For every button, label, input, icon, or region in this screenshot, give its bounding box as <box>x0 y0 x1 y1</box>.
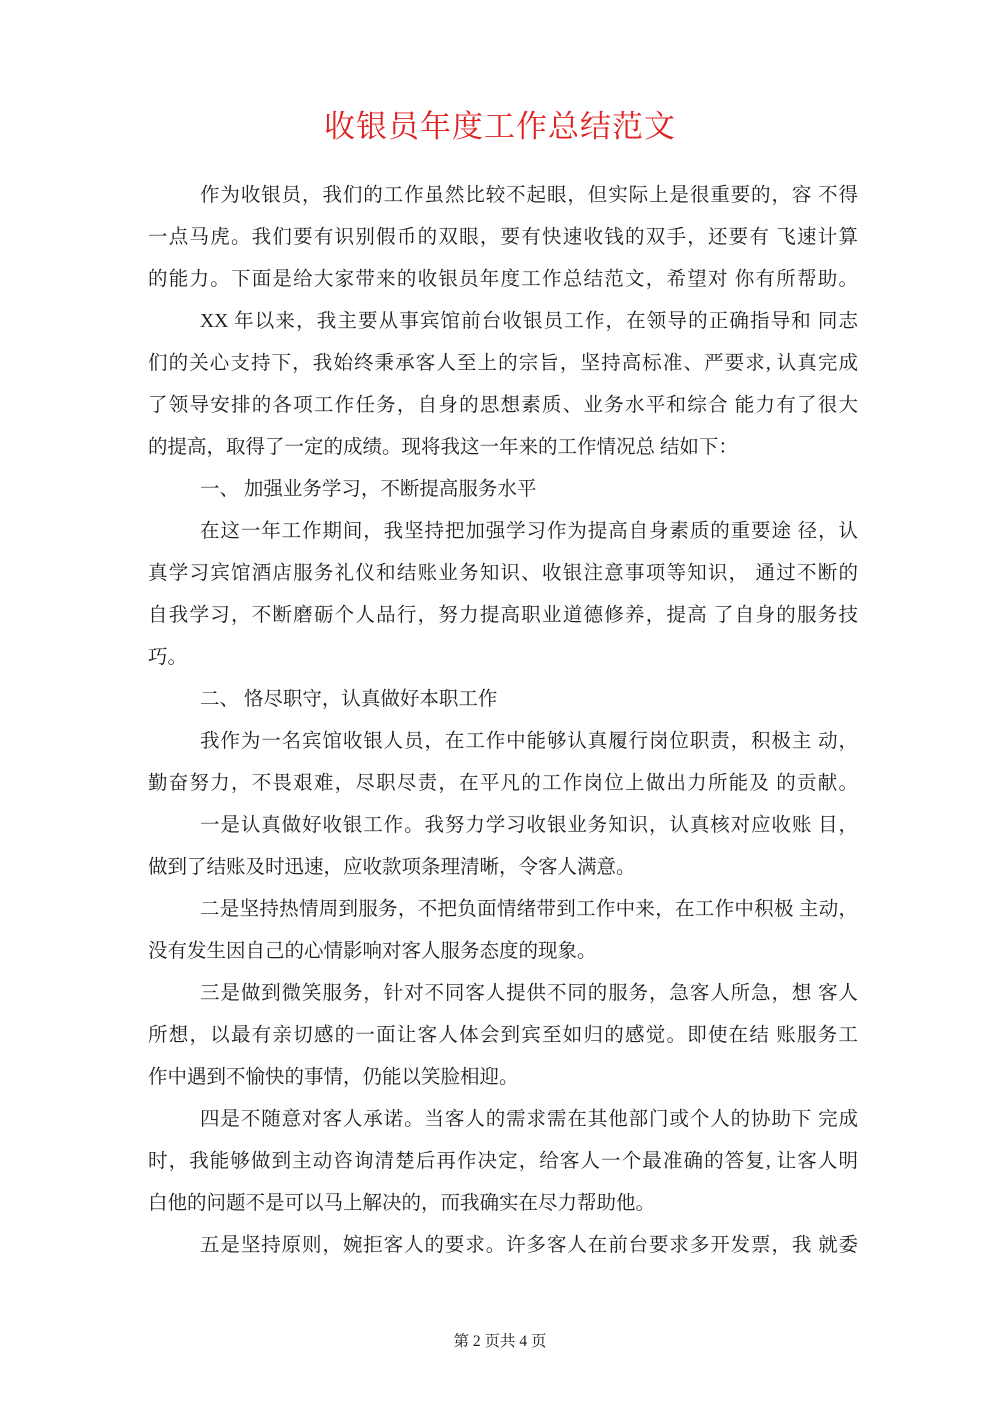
text-line: 一点马虎。我们要有识别假币的双眼，要有快速收钱的双手，还要有 飞速计算 <box>148 217 858 259</box>
document-body: 作为收银员，我们的工作虽然比较不起眼，但实际上是很重要的，容 不得一点马虎。我们… <box>148 175 858 1267</box>
paragraph: 一、 加强业务学习，不断提高服务水平 <box>148 469 858 511</box>
text-line: 作为收银员，我们的工作虽然比较不起眼，但实际上是很重要的，容 不得 <box>148 175 858 217</box>
text-line: 们的关心支持下，我始终秉承客人至上的宗旨，坚持高标准、严要求, 认真完成 <box>148 343 858 385</box>
text-line: 真学习宾馆酒店服务礼仪和结账业务知识、收银注意事项等知识， 通过不断的 <box>148 553 858 595</box>
text-line: 在这一年工作期间，我坚持把加强学习作为提高自身素质的重要途 径，认 <box>148 511 858 553</box>
text-line: 没有发生因自己的心情影响对客人服务态度的现象。 <box>148 931 858 973</box>
text-line: 时，我能够做到主动咨询清楚后再作决定，给客人一个最准确的答复, 让客人明 <box>148 1141 858 1183</box>
text-line: 我作为一名宾馆收银人员，在工作中能够认真履行岗位职责，积极主 动， <box>148 721 858 763</box>
text-line: 勤奋努力，不畏艰难，尽职尽责，在平凡的工作岗位上做出力所能及 的贡献。 <box>148 763 858 805</box>
text-line: 二是坚持热情周到服务，不把负面情绪带到工作中来，在工作中积极 主动， <box>148 889 858 931</box>
document-title: 收银员年度工作总结范文 <box>0 106 1000 148</box>
text-line: 所想，以最有亲切感的一面让客人体会到宾至如归的感觉。即使在结 账服务工 <box>148 1015 858 1057</box>
paragraph: 作为收银员，我们的工作虽然比较不起眼，但实际上是很重要的，容 不得一点马虎。我们… <box>148 175 858 301</box>
paragraph: 二是坚持热情周到服务，不把负面情绪带到工作中来，在工作中积极 主动，没有发生因自… <box>148 889 858 973</box>
paragraph: 在这一年工作期间，我坚持把加强学习作为提高自身素质的重要途 径，认真学习宾馆酒店… <box>148 511 858 679</box>
text-line: 三是做到微笑服务，针对不同客人提供不同的服务，急客人所急，想 客人 <box>148 973 858 1015</box>
text-line: 做到了结账及时迅速，应收款项条理清晰，令客人满意。 <box>148 847 858 889</box>
text-line: 作中遇到不愉快的事情，仍能以笑脸相迎。 <box>148 1057 858 1099</box>
text-line: 二、 恪尽职守，认真做好本职工作 <box>148 679 858 721</box>
text-line: 一是认真做好收银工作。我努力学习收银业务知识，认真核对应收账 目， <box>148 805 858 847</box>
text-line: 白他的问题不是可以马上解决的，而我确实在尽力帮助他。 <box>148 1183 858 1225</box>
paragraph: XX 年以来，我主要从事宾馆前台收银员工作，在领导的正确指导和 同志们的关心支持… <box>148 301 858 469</box>
paragraph: 一是认真做好收银工作。我努力学习收银业务知识，认真核对应收账 目，做到了结账及时… <box>148 805 858 889</box>
paragraph: 我作为一名宾馆收银人员，在工作中能够认真履行岗位职责，积极主 动，勤奋努力，不畏… <box>148 721 858 805</box>
text-line: 巧。 <box>148 637 858 679</box>
paragraph: 二、 恪尽职守，认真做好本职工作 <box>148 679 858 721</box>
text-line: 四是不随意对客人承诺。当客人的需求需在其他部门或个人的协助下 完成 <box>148 1099 858 1141</box>
text-line: 了领导安排的各项工作任务，自身的思想素质、业务水平和综合 能力有了很大 <box>148 385 858 427</box>
text-line: 自我学习，不断磨砺个人品行，努力提高职业道德修养，提高 了自身的服务技 <box>148 595 858 637</box>
page-footer-label: 第 2 页共 4 页 <box>0 1331 1000 1353</box>
paragraph: 五是坚持原则，婉拒客人的要求。许多客人在前台要求多开发票，我 就委 <box>148 1225 858 1267</box>
paragraph: 三是做到微笑服务，针对不同客人提供不同的服务，急客人所急，想 客人所想，以最有亲… <box>148 973 858 1099</box>
text-line: 五是坚持原则，婉拒客人的要求。许多客人在前台要求多开发票，我 就委 <box>148 1225 858 1267</box>
document-page: 收银员年度工作总结范文 作为收银员，我们的工作虽然比较不起眼，但实际上是很重要的… <box>0 0 1000 1415</box>
text-line: XX 年以来，我主要从事宾馆前台收银员工作，在领导的正确指导和 同志 <box>148 301 858 343</box>
text-line: 一、 加强业务学习，不断提高服务水平 <box>148 469 858 511</box>
text-line: 的能力。下面是给大家带来的收银员年度工作总结范文，希望对 你有所帮助。 <box>148 259 858 301</box>
text-line: 的提高，取得了一定的成绩。现将我这一年来的工作情况总 结如下： <box>148 427 858 469</box>
paragraph: 四是不随意对客人承诺。当客人的需求需在其他部门或个人的协助下 完成时，我能够做到… <box>148 1099 858 1225</box>
